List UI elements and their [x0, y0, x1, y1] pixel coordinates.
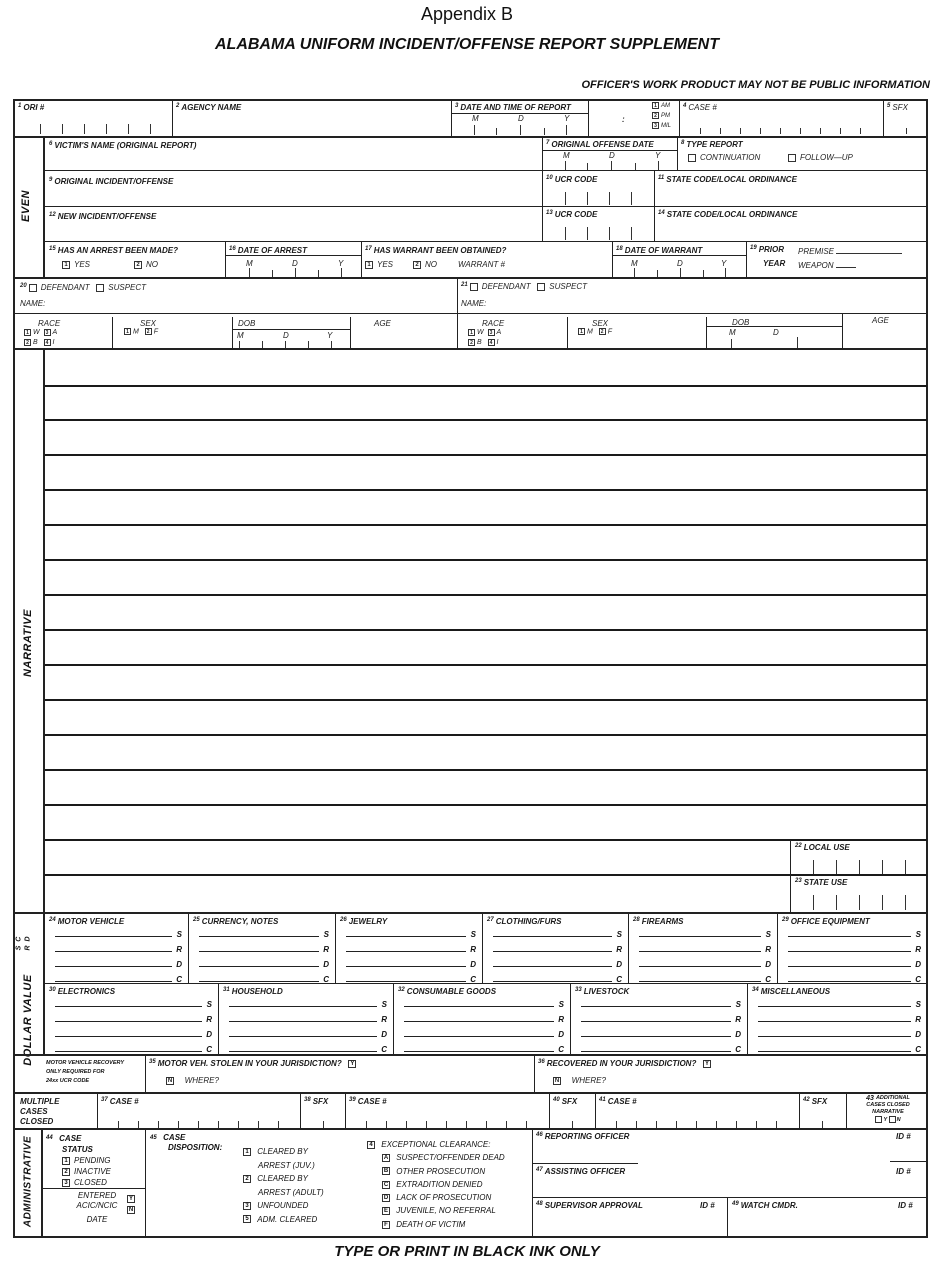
agency-name-input[interactable]	[176, 114, 446, 136]
recovered-jurisdiction-label: 36RECOVERED IN YOUR JURISDICTION? Y	[538, 1059, 715, 1068]
dollar-category-label: 24MOTOR VEHICLE	[49, 917, 124, 926]
dollar-value-input-c[interactable]: C	[229, 1044, 389, 1053]
dollar-value-input-s[interactable]: S	[55, 929, 184, 938]
case-status: 44 CASE STATUS 1PENDING 2INACTIVE 3CLOSE…	[46, 1133, 111, 1188]
new-offense-input[interactable]	[49, 223, 537, 240]
age-20-label: AGE	[374, 319, 391, 328]
victim-name-input[interactable]	[49, 152, 537, 169]
case-disposition-label: 45 CASE DISPOSITION:	[150, 1133, 222, 1153]
original-offense-input[interactable]	[49, 188, 537, 205]
dollar-value-input-c[interactable]: C	[55, 974, 184, 983]
ink-instruction: TYPE OR PRINT IN BLACK INK ONLY	[0, 1243, 934, 1260]
watch-commander-input[interactable]	[732, 1212, 924, 1236]
appendix-label: Appendix B	[0, 4, 934, 25]
ucr-code-1-label: 10UCR CODE	[546, 175, 597, 184]
sfx-input[interactable]	[884, 114, 927, 136]
time-option-pm[interactable]: 2PM	[652, 112, 671, 122]
exc-option-a[interactable]: A SUSPECT/OFFENDER DEAD	[367, 1151, 505, 1164]
dollar-value-input-d[interactable]: D	[346, 959, 478, 968]
recovered-yes-checkbox[interactable]: Y	[703, 1060, 711, 1068]
dollar-category-label: 32CONSUMABLE GOODS	[398, 987, 496, 996]
follow-up-checkbox[interactable]: FOLLOW—UP	[788, 153, 853, 162]
status-inactive-option[interactable]: 2INACTIVE	[46, 1166, 111, 1177]
case-37-label: 37CASE #	[101, 1097, 139, 1106]
dob-20-input[interactable]: MDY	[233, 330, 350, 348]
warrant-date-label: 18DATE OF WARRANT	[616, 246, 702, 255]
dollar-category-label: 30ELECTRONICS	[49, 987, 115, 996]
disposition-cleared-adult[interactable]: 2 CLEARED BY	[243, 1172, 324, 1186]
race-21-label: RACE	[482, 319, 504, 328]
supervisor-id-label: ID #	[700, 1201, 715, 1210]
disposition-unfounded[interactable]: 3 UNFOUNDED	[243, 1199, 324, 1213]
dollar-value-input-s[interactable]: S	[55, 999, 214, 1008]
additional-yes-checkbox[interactable]: Y	[875, 1117, 887, 1123]
case-41-input[interactable]	[596, 1108, 799, 1128]
dollar-value-input-r[interactable]: R	[346, 944, 478, 953]
disposition-options: 1 CLEARED BY ARREST (JUV.) 2 CLEARED BY …	[243, 1145, 324, 1226]
dollar-value-input-r[interactable]: R	[639, 944, 773, 953]
dollar-value-input-c[interactable]: C	[758, 1044, 923, 1053]
recovery-note: MOTOR VEHICLE RECOVERYONLY REQUIRED FOR2…	[46, 1059, 124, 1086]
watch-commander-label: 49WATCH CMDR.	[732, 1201, 798, 1210]
narrative-side-label: NARRATIVE	[22, 603, 34, 683]
disposition-cleared-juv[interactable]: 1 CLEARED BY	[243, 1145, 324, 1159]
report-datetime-label: 3DATE AND TIME OF REPORT	[455, 103, 571, 112]
time-option-mil[interactable]: 3MIL	[652, 122, 671, 132]
local-use-label: 22LOCAL USE	[795, 843, 850, 852]
case-number-input[interactable]	[680, 114, 882, 136]
original-offense-date-input[interactable]: MDY	[543, 151, 677, 170]
ori-label: 1ORI #	[18, 103, 44, 112]
agency-name-label: 2AGENCY NAME	[176, 103, 241, 112]
age-21-label: AGE	[872, 316, 889, 325]
victim-name-label: 6VICTIM'S NAME (ORIGINAL REPORT)	[49, 141, 196, 150]
case-39-input[interactable]	[346, 1108, 549, 1128]
suspect-20-checkbox[interactable]: SUSPECT	[96, 283, 146, 292]
dollar-value-cell: 28FIREARMSSRDC	[628, 914, 777, 983]
type-report-label: 8TYPE REPORT	[681, 140, 743, 149]
dollar-value-input-c[interactable]: C	[199, 974, 331, 983]
entered-no-checkbox[interactable]: N	[127, 1206, 135, 1214]
person-20-type: 20DEFENDANT SUSPECT	[20, 283, 146, 292]
dollar-value-input-r[interactable]: R	[581, 1014, 743, 1023]
case-37-input[interactable]	[98, 1108, 300, 1128]
dollar-value-cell: 26JEWELRYSRDC	[335, 914, 482, 983]
dollar-value-input-s[interactable]: S	[404, 999, 566, 1008]
narrative-text-area[interactable]	[45, 350, 927, 912]
state-code-1-input[interactable]	[658, 186, 926, 205]
dollar-value-cell: 25CURRENCY, NOTESSRDC	[188, 914, 335, 983]
sfx-42-label: 42SFX	[803, 1097, 827, 1106]
state-code-1-label: 11STATE CODE/LOCAL ORDINANCE	[658, 175, 797, 184]
defendant-21-checkbox[interactable]: DEFENDANT	[470, 282, 531, 291]
dollar-value-input-r[interactable]: R	[758, 1014, 923, 1023]
prior-premise-field[interactable]: PREMISE	[798, 247, 902, 256]
dob-20-label: DOB	[238, 319, 255, 328]
warrant-date-input[interactable]: MDY	[613, 257, 746, 277]
person-21-type: 21DEFENDANT SUSPECT	[461, 282, 587, 291]
dollar-value-input-s[interactable]: S	[229, 999, 389, 1008]
dollar-category-label: 28FIREARMS	[633, 917, 683, 926]
warrant-no-checkbox[interactable]: 2NO	[413, 260, 437, 269]
dollar-value-input-d[interactable]: D	[493, 959, 624, 968]
dollar-value-input-c[interactable]: C	[55, 1044, 214, 1053]
dollar-category-label: 27CLOTHING/FURS	[487, 917, 561, 926]
watch-commander-id-label: ID #	[898, 1201, 913, 1210]
dollar-value-input-c[interactable]: C	[404, 1044, 566, 1053]
dollar-value-cell: 34MISCELLANEOUSSRDC	[747, 984, 927, 1054]
race-20-label: RACE	[38, 319, 60, 328]
dollar-value-input-r[interactable]: R	[404, 1014, 566, 1023]
dollar-category-label: 26JEWELRY	[340, 917, 387, 926]
dollar-value-input-s[interactable]: S	[639, 929, 773, 938]
original-offense-date-label: 7ORIGINAL OFFENSE DATE	[546, 140, 654, 149]
prior-year-label: YEAR	[763, 259, 785, 268]
dollar-value-input-r[interactable]: R	[229, 1014, 389, 1023]
sex-21-label: SEX	[592, 319, 608, 328]
dollar-value-legend: S C R D	[18, 932, 38, 962]
dob-21-label: DOB	[732, 318, 749, 327]
dollar-value-input-s[interactable]: S	[493, 929, 624, 938]
event-side-label: EVEN	[20, 186, 32, 226]
dollar-value-input-c[interactable]: C	[493, 974, 624, 983]
reporting-officer-id-label: ID #	[896, 1132, 911, 1141]
original-offense-label: 9ORIGINAL INCIDENT/OFFENSE	[49, 177, 173, 186]
dollar-category-label: 34MISCELLANEOUS	[752, 987, 830, 996]
case-41-label: 41CASE #	[599, 1097, 637, 1106]
recovered-where-field[interactable]: N WHERE?	[553, 1076, 606, 1085]
state-use-input[interactable]	[791, 889, 927, 911]
assisting-officer-input[interactable]	[536, 1178, 924, 1196]
recovered-no-checkbox[interactable]: N	[553, 1077, 561, 1085]
dollar-value-input-r[interactable]: R	[199, 944, 331, 953]
dollar-value-input-d[interactable]: D	[55, 1029, 214, 1038]
form-title: ALABAMA UNIFORM INCIDENT/OFFENSE REPORT …	[0, 36, 934, 54]
warrant-yes-checkbox[interactable]: 1YES	[365, 260, 393, 269]
dollar-value-input-c[interactable]: C	[346, 974, 478, 983]
sfx-label: 5SFX	[887, 103, 908, 112]
dollar-value-cell: 27CLOTHING/FURSSRDC	[482, 914, 628, 983]
dollar-value-input-c[interactable]: C	[581, 1044, 743, 1053]
dollar-value-cell: 31HOUSEHOLDSRDC	[218, 984, 393, 1054]
dollar-category-label: 29OFFICE EQUIPMENT	[782, 917, 870, 926]
dollar-category-label: 25CURRENCY, NOTES	[193, 917, 278, 926]
dollar-category-label: 31HOUSEHOLD	[223, 987, 283, 996]
exc-option-e[interactable]: E JUVENILE, NO REFERRAL	[367, 1204, 505, 1217]
dollar-value-input-s[interactable]: S	[346, 929, 478, 938]
prior-weapon-field[interactable]: WEAPON	[798, 261, 856, 270]
stolen-no-checkbox[interactable]: N	[166, 1077, 174, 1085]
state-code-2-label: 14STATE CODE/LOCAL ORDINANCE	[658, 210, 797, 219]
additional-no-checkbox[interactable]: N	[889, 1117, 901, 1123]
dollar-value-input-c[interactable]: C	[639, 974, 773, 983]
sfx-40-input[interactable]	[550, 1108, 595, 1128]
reporting-officer-input[interactable]	[536, 1143, 924, 1162]
prior-label: 19PRIOR	[750, 245, 784, 254]
dollar-value-cell: 30ELECTRONICSSRDC	[45, 984, 218, 1054]
arrest-date-input[interactable]: MDY	[226, 257, 361, 277]
dollar-value-input-r[interactable]: R	[788, 944, 923, 953]
case-39-label: 39CASE #	[349, 1097, 387, 1106]
local-use-input[interactable]	[791, 854, 927, 874]
defendant-20-checkbox[interactable]: DEFENDANT	[29, 283, 90, 292]
supervisor-approval-input[interactable]	[536, 1212, 724, 1236]
entered-yes-checkbox[interactable]: Y	[127, 1195, 135, 1203]
dollar-value-input-d[interactable]: D	[199, 959, 331, 968]
stolen-yes-checkbox[interactable]: Y	[348, 1060, 356, 1068]
continuation-checkbox[interactable]: CONTINUATION	[688, 153, 760, 162]
dollar-value-input-r[interactable]: R	[55, 944, 184, 953]
time-format-options: 1AM 2PM 3MIL	[652, 102, 671, 132]
dollar-value-cell: 32CONSUMABLE GOODSSRDC	[393, 984, 570, 1054]
sex-20-options[interactable]: 1M 2F	[124, 328, 158, 335]
state-code-2-input[interactable]	[658, 221, 926, 240]
race-20-options[interactable]: 1W 3A 2B 4I	[24, 328, 57, 348]
assisting-officer-id-label: ID #	[896, 1167, 911, 1176]
exc-option-c[interactable]: C EXTRADITION DENIED	[367, 1178, 505, 1191]
dollar-value-input-c[interactable]: C	[788, 974, 923, 983]
exc-option-f[interactable]: F DEATH OF VICTIM	[367, 1218, 505, 1231]
additional-cases-closed: 43ADDITIONAL CASES CLOSED NARRATIVE Y N	[850, 1095, 926, 1124]
race-21-options[interactable]: 1W 3A 2B 4I	[468, 328, 501, 348]
exc-option-d[interactable]: D LACK OF PROSECUTION	[367, 1191, 505, 1204]
dollar-value-input-d[interactable]: D	[404, 1029, 566, 1038]
arrest-yes-checkbox[interactable]: 1YES	[62, 260, 90, 269]
sex-21-options[interactable]: 1M 2F	[578, 328, 612, 335]
suspect-21-checkbox[interactable]: SUSPECT	[537, 282, 587, 291]
public-info-notice: OFFICER'S WORK PRODUCT MAY NOT BE PUBLIC…	[582, 79, 931, 91]
status-closed-option[interactable]: 3CLOSED	[46, 1177, 111, 1188]
person-20-name-field[interactable]: NAME:	[20, 299, 45, 308]
dollar-value-input-s[interactable]: S	[199, 929, 331, 938]
multiple-cases-closed-label: MULTIPLECASESCLOSED	[20, 1097, 59, 1127]
dollar-value-input-s[interactable]: S	[581, 999, 743, 1008]
report-date-input[interactable]: M D Y	[452, 114, 588, 136]
supervisor-approval-label: 48SUPERVISOR APPROVAL	[536, 1201, 643, 1210]
dob-21-input[interactable]: MD	[707, 327, 842, 348]
age-20-input[interactable]	[352, 330, 456, 348]
ucr-code-1-input[interactable]	[543, 186, 653, 206]
dollar-value-cell: 24MOTOR VEHICLESRDC	[45, 914, 188, 983]
case-number-label: 4CASE #	[683, 103, 717, 112]
arrest-made-label: 15HAS AN ARREST BEEN MADE?	[49, 246, 178, 255]
dollar-value-input-r[interactable]: R	[55, 1014, 214, 1023]
person-21-name-field[interactable]: NAME:	[461, 299, 486, 308]
age-21-input[interactable]	[844, 327, 927, 348]
sfx-42-input[interactable]	[800, 1108, 846, 1128]
exceptional-clearance: 4 EXCEPTIONAL CLEARANCE: A SUSPECT/OFFEN…	[367, 1138, 505, 1231]
dollar-category-label: 33LIVESTOCK	[575, 987, 629, 996]
dollar-value-input-d[interactable]: D	[55, 959, 184, 968]
dollar-value-input-d[interactable]: D	[229, 1029, 389, 1038]
stolen-jurisdiction-label: 35MOTOR VEH. STOLEN IN YOUR JURISDICTION…	[149, 1059, 360, 1068]
ucr-code-2-input[interactable]	[543, 221, 653, 241]
dollar-value-input-d[interactable]: D	[788, 959, 923, 968]
warrant-number-field[interactable]: WARRANT #	[458, 260, 505, 269]
administrative-side-label: ADMINISTRATIVE	[23, 1132, 34, 1232]
ucr-code-2-label: 13UCR CODE	[546, 210, 597, 219]
assisting-officer-label: 47ASSISTING OFFICER	[536, 1167, 625, 1176]
sfx-40-label: 40SFX	[553, 1097, 577, 1106]
arrest-date-label: 16DATE OF ARREST	[229, 246, 307, 255]
dollar-value-input-r[interactable]: R	[493, 944, 624, 953]
new-offense-label: 12NEW INCIDENT/OFFENSE	[49, 212, 156, 221]
dollar-value-input-d[interactable]: D	[639, 959, 773, 968]
entered-acic-ncic: ENTEREDACIC/NCICDATE	[70, 1191, 124, 1225]
state-use-label: 23STATE USE	[795, 878, 847, 887]
status-pending-option[interactable]: 1PENDING	[46, 1155, 111, 1166]
reporting-officer-label: 46REPORTING OFFICER	[536, 1132, 629, 1141]
dollar-value-input-s[interactable]: S	[788, 929, 923, 938]
warrant-obtained-label: 17HAS WARRANT BEEN OBTAINED?	[365, 246, 506, 255]
ori-input[interactable]	[18, 114, 168, 136]
report-time-input[interactable]: :	[592, 103, 640, 135]
dollar-value-input-s[interactable]: S	[758, 999, 923, 1008]
disposition-exceptional[interactable]: 4 EXCEPTIONAL CLEARANCE:	[367, 1138, 505, 1151]
time-option-am[interactable]: 1AM	[652, 102, 671, 112]
sfx-38-input[interactable]	[301, 1108, 345, 1128]
dollar-value-input-d[interactable]: D	[581, 1029, 743, 1038]
stolen-where-field[interactable]: N WHERE?	[166, 1076, 219, 1085]
exc-option-b[interactable]: B OTHER PROSECUTION	[367, 1165, 505, 1178]
sfx-38-label: 38SFX	[304, 1097, 328, 1106]
dollar-value-cell: 29OFFICE EQUIPMENTSRDC	[777, 914, 927, 983]
disposition-adm-cleared[interactable]: 5 ADM. CLEARED	[243, 1213, 324, 1227]
arrest-no-checkbox[interactable]: 2NO	[134, 260, 158, 269]
dollar-value-cell: 33LIVESTOCKSRDC	[570, 984, 747, 1054]
dollar-value-input-d[interactable]: D	[758, 1029, 923, 1038]
sex-20-label: SEX	[140, 319, 156, 328]
